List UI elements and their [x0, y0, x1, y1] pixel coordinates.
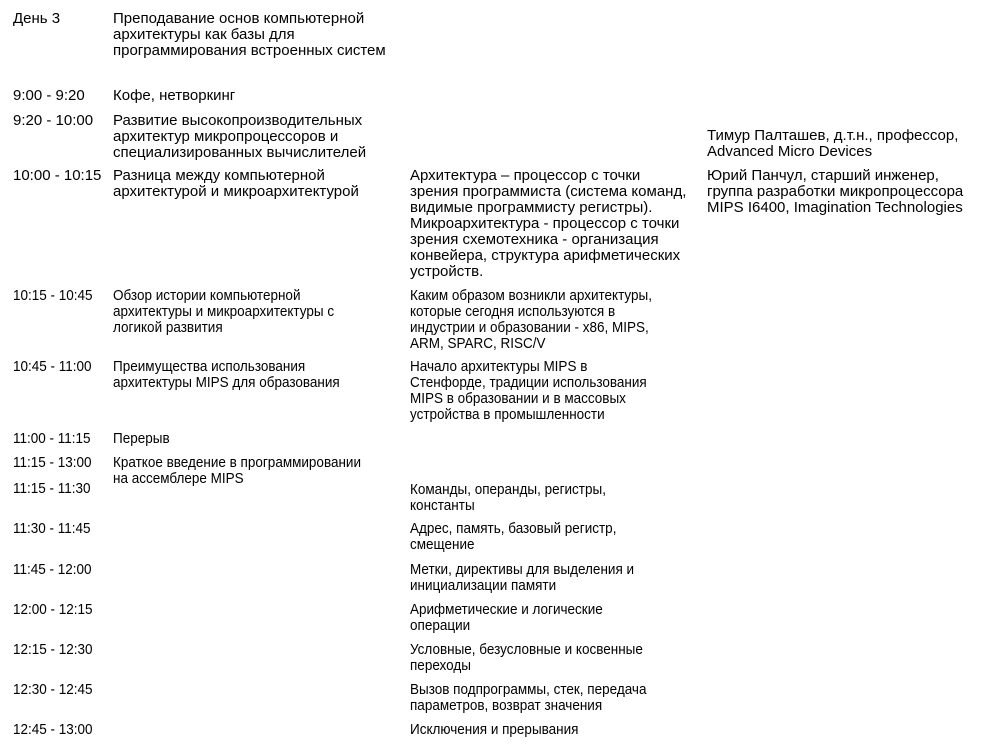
row-description: Арифметические и логические операции: [410, 602, 707, 634]
row-topic: Краткое введение в программировании на а…: [113, 455, 410, 487]
row-time: 11:15 - 13:00: [13, 455, 92, 471]
row-time: 11:15 - 11:30: [13, 481, 91, 497]
row-description: Команды, операнды, регистры, константы: [410, 482, 707, 514]
row-description: Условные, безусловные и косвенные перехо…: [410, 642, 707, 674]
row-description: Вызов подпрограммы, стек, передача парам…: [410, 682, 707, 714]
row-description: Каким образом возникли архитектуры, кото…: [410, 288, 707, 352]
row-topic: Перерыв: [113, 431, 410, 447]
row-topic: Обзор истории компьютерной архитектуры и…: [113, 288, 410, 336]
row-description: Адрес, память, базовый регистр, смещение: [410, 521, 707, 553]
row-time: 11:30 - 11:45: [13, 521, 91, 537]
row-description: Метки, директивы для выделения и инициал…: [410, 562, 707, 594]
row-time: 12:30 - 12:45: [13, 682, 93, 698]
row-time: 11:45 - 12:00: [13, 562, 92, 578]
row-time: 10:15 - 10:45: [13, 288, 93, 304]
row-description: Исключения и прерывания: [410, 722, 707, 738]
row-time: 11:00 - 11:15: [13, 431, 91, 447]
row-time: 12:45 - 13:00: [13, 722, 93, 738]
row-time: 12:15 - 12:30: [13, 642, 93, 658]
row-description: Начало архитектуры MIPS в Стенфорде, тра…: [410, 359, 707, 423]
row-time: 10:45 - 11:00: [13, 359, 92, 375]
row-topic: Преимущества использования архитектуры M…: [113, 359, 410, 391]
row-time: 12:00 - 12:15: [13, 602, 93, 618]
